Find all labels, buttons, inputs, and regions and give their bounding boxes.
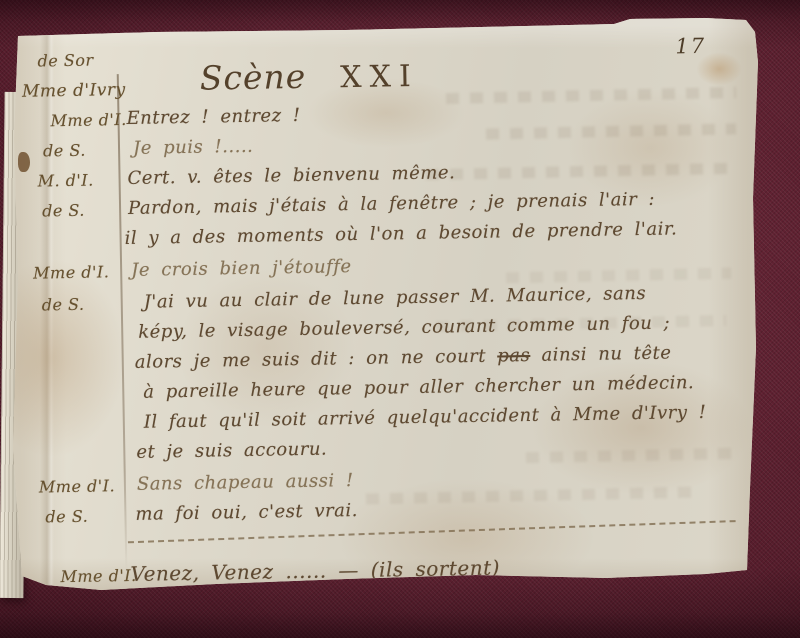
dialogue-line: ma foi oui, c'est vrai. [135,500,358,525]
dialogue-segment: alors je me suis dit : on ne court [135,346,498,373]
speaker-label: de S. [42,295,85,315]
dialogue-line: Pardon, mais j'étais à la fenêtre ; je p… [128,189,655,219]
dialogue-line: à pareille heure que pour aller chercher… [143,372,694,403]
speaker-label: M. d'I. [37,171,93,191]
speaker-label: de S. [45,507,88,527]
dialogue-line: et je suis accouru. [136,439,327,463]
speaker-label: Mme d'I. [39,476,115,496]
scene-end-dashed-line [128,520,736,543]
header-character: de Sor [37,51,93,71]
handwriting-layer: 17 de Sor Mme d'Ivry ScèneXXI Mme d'I. E… [1,7,763,606]
scene-title-word: Scène [199,57,306,98]
speaker-label: Mme d'I. [60,566,136,586]
speaker-label: Mme d'I. [33,262,109,282]
dialogue-line: képy, le visage bouleversé, courant comm… [138,313,670,343]
dialogue-line: Sans chapeau aussi ! [137,470,354,495]
dialogue-line: Je puis !..... [133,136,254,159]
dialogue-line: Il faut qu'il soit arrivé quelqu'acciden… [144,402,707,433]
speaker-label: Mme d'I. [50,110,126,130]
dialogue-line: Je crois bien j'étouffe [131,256,352,281]
header-character: Mme d'Ivry [22,80,126,102]
dialogue-line: J'ai vu au clair de lune passer M. Mauri… [144,283,647,313]
manuscript-page: 17 de Sor Mme d'Ivry ScèneXXI Mme d'I. E… [6,18,758,604]
scene-title-numeral: XXI [340,59,419,95]
dialogue-line: Entrez ! entrez ! [126,105,300,129]
speaker-label: de S. [43,141,86,161]
speaker-label: de S. [42,201,85,221]
margin-rule [117,74,127,570]
dialogue-segment: ainsi nu tête [530,342,672,365]
dialogue-line: il y a des moments où l'on a besoin de p… [124,218,677,249]
dialogue-line: Cert. v. êtes le bienvenu même. [127,162,455,189]
page-number: 17 [675,34,706,59]
manuscript-photo: 17 de Sor Mme d'Ivry ScèneXXI Mme d'I. E… [0,0,800,638]
dialogue-line: alors je me suis dit : on ne court pas a… [135,342,672,372]
scene-title: ScèneXXI [199,55,419,98]
struck-word: pas [497,345,530,367]
